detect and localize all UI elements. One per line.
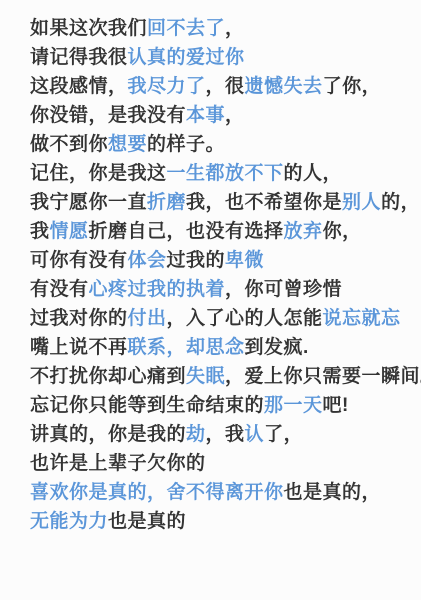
- highlighted-text-segment: 我尽力了: [128, 76, 206, 97]
- highlighted-text-segment: 情愿: [50, 221, 89, 242]
- text-segment: 了，: [264, 424, 303, 445]
- highlighted-text-segment: 卑微: [225, 250, 264, 271]
- text-segment: 过我对你的: [30, 308, 128, 329]
- text-segment: 了你，: [323, 76, 382, 97]
- text-segment: 嘴上说不再: [30, 337, 128, 358]
- text-segment: 请记得我很: [30, 47, 128, 68]
- text-segment: 忘记你只能等到生命结束的: [30, 395, 264, 416]
- text-line: 这段感情，我尽力了，很遗憾失去了你，: [30, 72, 407, 101]
- text-line: 你没错，是我没有本事，: [30, 101, 407, 130]
- highlighted-text-segment: 失眠: [186, 366, 225, 387]
- text-segment: 也许是上辈子欠你的: [30, 453, 206, 474]
- highlighted-text-segment: 心疼过我的执着: [89, 279, 226, 300]
- text-segment: 不打扰你却心痛到: [30, 366, 186, 387]
- text-segment: 也是真的，: [284, 482, 382, 503]
- text-segment: 你，: [323, 221, 362, 242]
- text-segment: 我宁愿你一直: [30, 192, 147, 213]
- highlighted-text-segment: 放弃: [284, 221, 323, 242]
- text-line: 做不到你想要的样子。: [30, 130, 407, 159]
- text-line: 不打扰你却心痛到失眠，爱上你只需要一瞬间。: [30, 362, 407, 391]
- text-segment: 有没有: [30, 279, 89, 300]
- text-segment: 做不到你: [30, 134, 108, 155]
- text-segment: ，你可曾珍惜: [225, 279, 342, 300]
- text-segment: 讲真的，你是我的: [30, 424, 186, 445]
- highlighted-text-segment: 联系，却思念: [128, 337, 245, 358]
- text-segment: ，很: [206, 76, 245, 97]
- text-line: 记住，你是我这一生都放不下的人，: [30, 159, 407, 188]
- highlighted-text-segment: 一生都放不下: [167, 163, 284, 184]
- highlighted-text-segment: 遗憾失去: [245, 76, 323, 97]
- text-line: 有没有心疼过我的执着，你可曾珍惜: [30, 275, 407, 304]
- text-segment: 也是真的: [108, 511, 186, 532]
- text-segment: ，: [225, 18, 245, 39]
- text-line: 可你有没有体会过我的卑微: [30, 246, 407, 275]
- text-segment: 的样子。: [147, 134, 225, 155]
- text-segment: 你没错，是我没有: [30, 105, 186, 126]
- highlighted-text-segment: 无能为力: [30, 511, 108, 532]
- highlighted-text-segment: 回不去了: [147, 18, 225, 39]
- text-segment: 记住，你是我这: [30, 163, 167, 184]
- text-line: 喜欢你是真的，舍不得离开你也是真的，: [30, 478, 407, 507]
- text-line: 忘记你只能等到生命结束的那一天吧!: [30, 391, 407, 420]
- text-segment: 到发疯.: [245, 337, 309, 358]
- highlighted-text-segment: 认真的爱过你: [128, 47, 245, 68]
- highlighted-text-segment: 付出: [128, 308, 167, 329]
- text-segment: ，我: [206, 424, 245, 445]
- text-segment: 折磨自己，也没有选择: [89, 221, 284, 242]
- highlighted-text-segment: 那一天: [264, 395, 323, 416]
- text-line: 也许是上辈子欠你的: [30, 449, 407, 478]
- text-segment: ，爱上你只需要一瞬间。: [225, 366, 421, 387]
- highlighted-text-segment: 想要: [108, 134, 147, 155]
- quote-text-block: 如果这次我们回不去了，请记得我很认真的爱过你这段感情，我尽力了，很遗憾失去了你，…: [30, 14, 407, 536]
- text-line: 我情愿折磨自己，也没有选择放弃你，: [30, 217, 407, 246]
- text-segment: 我: [30, 221, 50, 242]
- text-segment: 的，: [381, 192, 420, 213]
- text-segment: 这段感情，: [30, 76, 128, 97]
- text-segment: 我，也不希望你是: [186, 192, 342, 213]
- text-line: 如果这次我们回不去了，: [30, 14, 407, 43]
- text-line: 我宁愿你一直折磨我，也不希望你是别人的，: [30, 188, 407, 217]
- text-line: 过我对你的付出，入了心的人怎能说忘就忘: [30, 304, 407, 333]
- highlighted-text-segment: 折磨: [147, 192, 186, 213]
- text-segment: 可你有没有: [30, 250, 128, 271]
- text-line: 无能为力也是真的: [30, 507, 407, 536]
- highlighted-text-segment: 劫: [186, 424, 206, 445]
- highlighted-text-segment: 本事: [186, 105, 225, 126]
- text-segment: 的人，: [284, 163, 343, 184]
- text-segment: 过我的: [167, 250, 226, 271]
- text-line: 请记得我很认真的爱过你: [30, 43, 407, 72]
- quote-card: 如果这次我们回不去了，请记得我很认真的爱过你这段感情，我尽力了，很遗憾失去了你，…: [0, 0, 421, 600]
- text-line: 讲真的，你是我的劫，我认了，: [30, 420, 407, 449]
- highlighted-text-segment: 体会: [128, 250, 167, 271]
- highlighted-text-segment: 认: [245, 424, 265, 445]
- text-segment: 吧!: [323, 395, 349, 416]
- text-line: 嘴上说不再联系，却思念到发疯.: [30, 333, 407, 362]
- text-segment: ，入了心的人怎能: [167, 308, 323, 329]
- text-segment: 如果这次我们: [30, 18, 147, 39]
- highlighted-text-segment: 喜欢你是真的，舍不得离开你: [30, 482, 284, 503]
- highlighted-text-segment: 说忘就忘: [323, 308, 401, 329]
- text-segment: ，: [225, 105, 245, 126]
- highlighted-text-segment: 别人: [342, 192, 381, 213]
